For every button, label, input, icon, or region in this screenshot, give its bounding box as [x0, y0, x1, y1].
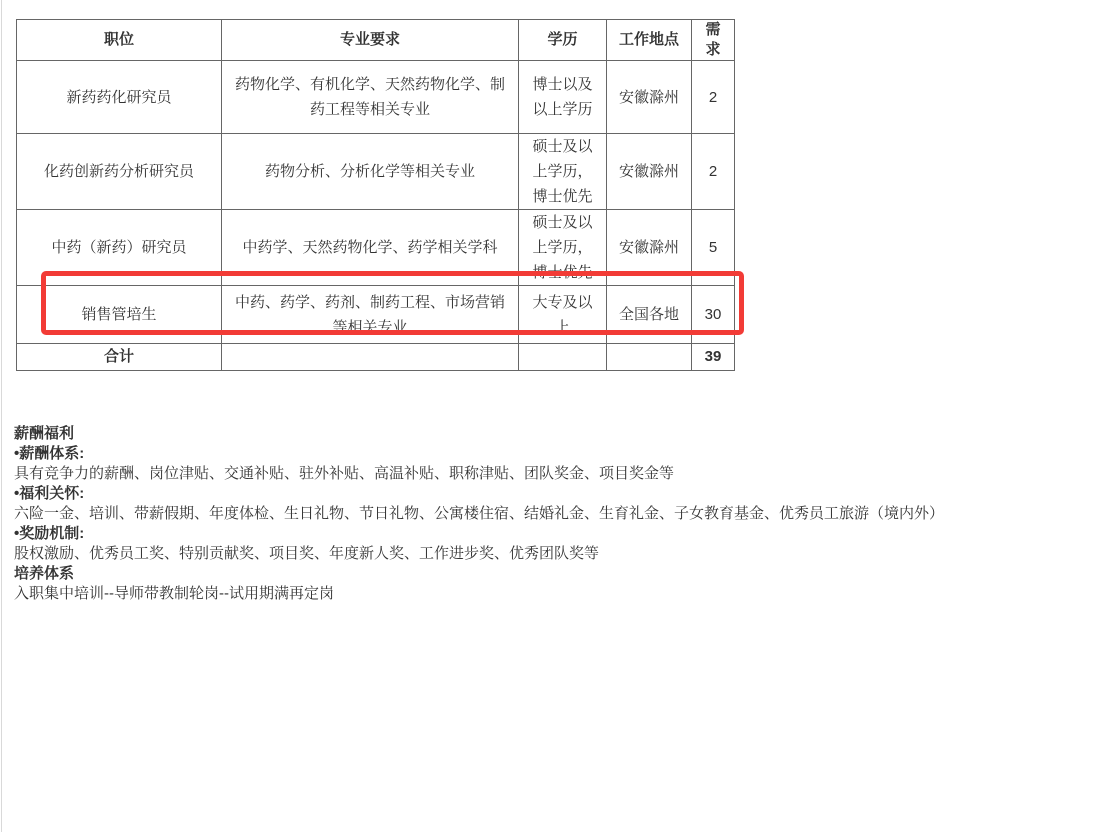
cell-position: 销售管培生 [17, 286, 222, 344]
table-row: 化药创新药分析研究员 药物分析、分析化学等相关专业 硕士及以上学历，博士优先 安… [17, 134, 735, 210]
page-left-border [1, 0, 2, 832]
header-demand: 需求 [692, 20, 735, 61]
cell-location: 全国各地 [607, 286, 692, 344]
section-title-training-system: 培养体系 [14, 564, 1080, 584]
cell-location: 安徽滁州 [607, 210, 692, 286]
cell-education: 博士以及以上学历 [519, 61, 607, 134]
cell-empty [519, 344, 607, 371]
cell-position: 新药药化研究员 [17, 61, 222, 134]
cell-major: 药物分析、分析化学等相关专业 [222, 134, 519, 210]
cell-education: 硕士及以上学历，博士优先 [519, 134, 607, 210]
paragraph-salary-system: 具有竞争力的薪酬、岗位津贴、交通补贴、驻外补贴、高温补贴、职称津贴、团队奖金、项… [14, 464, 1080, 484]
cell-major: 中药、药学、药剂、制药工程、市场营销等相关专业 [222, 286, 519, 344]
recruitment-table-container: 职位 专业要求 学历 工作地点 需求 新药药化研究员 药物化学、有机化学、天然药… [16, 19, 735, 371]
cell-position: 中药（新药）研究员 [17, 210, 222, 286]
cell-education: 大专及以上 [519, 286, 607, 344]
paragraph-incentive-mechanism: 股权激励、优秀员工奖、特别贡献奖、项目奖、年度新人奖、工作进步奖、优秀团队奖等 [14, 544, 1080, 564]
cell-empty [607, 344, 692, 371]
recruitment-table: 职位 专业要求 学历 工作地点 需求 新药药化研究员 药物化学、有机化学、天然药… [16, 19, 735, 371]
cell-location: 安徽滁州 [607, 61, 692, 134]
table-total-row: 合计 39 [17, 344, 735, 371]
paragraph-training-system: 入职集中培训--导师带教制轮岗--试用期满再定岗 [14, 584, 1080, 604]
subheading-incentive-mechanism: •奖励机制: [14, 524, 1080, 544]
header-education: 学历 [519, 20, 607, 61]
cell-education: 硕士及以上学历，博士优先 [519, 210, 607, 286]
cell-demand: 2 [692, 61, 735, 134]
table-row-highlighted: 销售管培生 中药、药学、药剂、制药工程、市场营销等相关专业 大专及以上 全国各地… [17, 286, 735, 344]
job-posting-page: { "page": { "highlight_color": "#f23b36"… [0, 0, 1112, 832]
paragraph-welfare-care: 六险一金、培训、带薪假期、年度体检、生日礼物、节日礼物、公寓楼住宿、结婚礼金、生… [14, 504, 1080, 524]
cell-position: 化药创新药分析研究员 [17, 134, 222, 210]
cell-location: 安徽滁州 [607, 134, 692, 210]
cell-demand: 5 [692, 210, 735, 286]
subheading-salary-system: •薪酬体系: [14, 444, 1080, 464]
table-header-row: 职位 专业要求 学历 工作地点 需求 [17, 20, 735, 61]
cell-major: 药物化学、有机化学、天然药物化学、制药工程等相关专业 [222, 61, 519, 134]
header-position: 职位 [17, 20, 222, 61]
cell-demand: 2 [692, 134, 735, 210]
header-location: 工作地点 [607, 20, 692, 61]
cell-major: 中药学、天然药物化学、药学相关学科 [222, 210, 519, 286]
table-row: 中药（新药）研究员 中药学、天然药物化学、药学相关学科 硕士及以上学历，博士优先… [17, 210, 735, 286]
cell-total-value: 39 [692, 344, 735, 371]
cell-empty [222, 344, 519, 371]
body-content: 薪酬福利 •薪酬体系: 具有竞争力的薪酬、岗位津贴、交通补贴、驻外补贴、高温补贴… [14, 424, 1080, 604]
section-title-salary-benefits: 薪酬福利 [14, 424, 1080, 444]
table-row: 新药药化研究员 药物化学、有机化学、天然药物化学、制药工程等相关专业 博士以及以… [17, 61, 735, 134]
cell-total-label: 合计 [17, 344, 222, 371]
cell-demand: 30 [692, 286, 735, 344]
subheading-welfare-care: •福利关怀: [14, 484, 1080, 504]
header-major: 专业要求 [222, 20, 519, 61]
